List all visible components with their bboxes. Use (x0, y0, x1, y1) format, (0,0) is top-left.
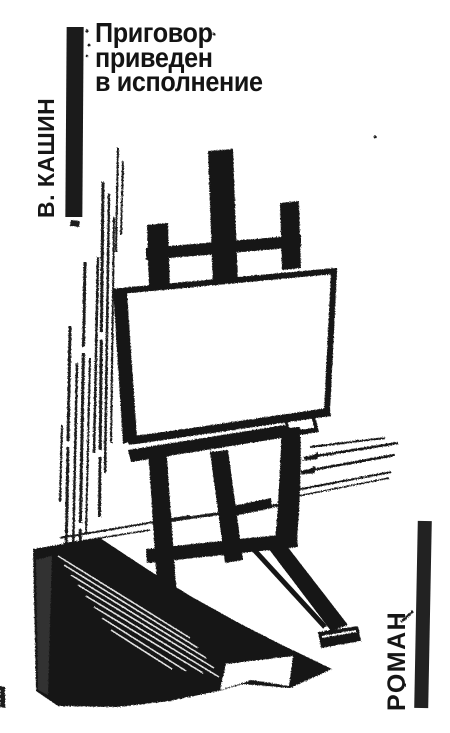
title-line-3: в исполнение (95, 70, 263, 95)
author-name: В. КАШИН (33, 98, 60, 218)
easel-frame (113, 149, 334, 616)
easel-rear-leg-foot (246, 537, 361, 648)
speed-lines (296, 438, 398, 496)
genre-label: РОМАН (383, 611, 412, 711)
book-cover: Приговор приведен в исполнение В. КАШИН … (0, 0, 450, 733)
title-accent-bar (65, 27, 83, 217)
book-title: Приговор приведен в исполнение (95, 21, 263, 95)
